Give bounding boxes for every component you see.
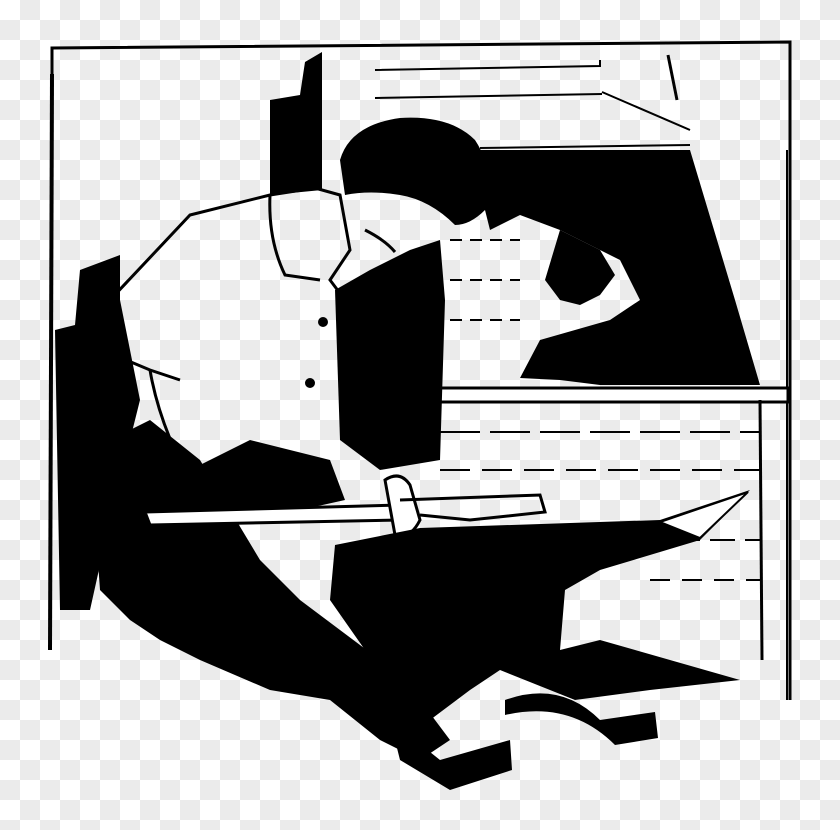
hammer-head (385, 476, 420, 536)
hair (340, 118, 488, 225)
chimney-shadow (270, 52, 322, 195)
shirt-button (318, 317, 328, 327)
forge-ledge (410, 388, 788, 402)
shirt-button (305, 378, 315, 388)
forge-opening (470, 150, 760, 385)
body-shadow (335, 240, 445, 470)
anvil-foot (505, 693, 658, 745)
blacksmith-illustration (0, 0, 840, 830)
tongs (400, 495, 545, 520)
